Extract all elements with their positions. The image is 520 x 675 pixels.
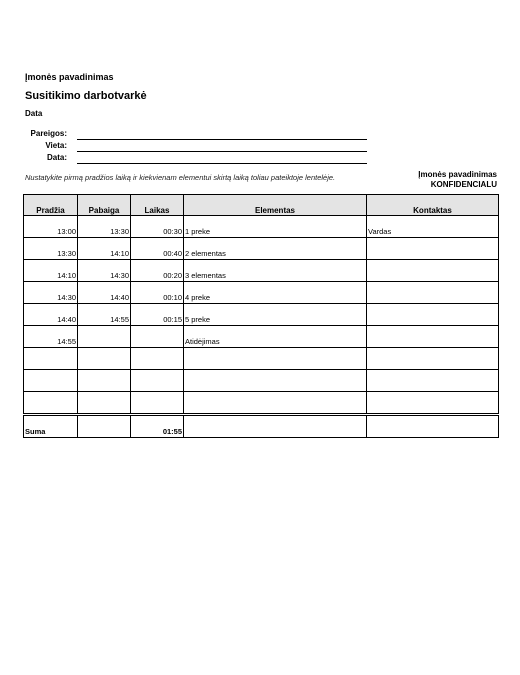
field-location-line[interactable] xyxy=(77,151,367,152)
table-row: 14:55Atidėjimas xyxy=(24,326,499,348)
field-date-line[interactable] xyxy=(77,163,367,164)
item-cell[interactable] xyxy=(184,348,367,370)
page-title: Susitikimo darbotvarkė xyxy=(25,90,147,102)
instructions: Nustatykite pirmą pradžios laiką ir kiek… xyxy=(25,173,335,182)
agenda-table: Pradžia Pabaiga Laikas Elementas Kontakt… xyxy=(23,194,499,438)
duration-cell[interactable] xyxy=(131,392,184,415)
start-cell[interactable] xyxy=(24,392,78,415)
end-cell[interactable]: 14:30 xyxy=(78,260,131,282)
duration-cell[interactable]: 00:30 xyxy=(131,216,184,238)
start-cell[interactable]: 14:10 xyxy=(24,260,78,282)
item-cell[interactable]: 1 preke xyxy=(184,216,367,238)
total-label: Suma xyxy=(24,415,78,438)
table-row xyxy=(24,392,499,415)
item-cell[interactable]: 3 elementas xyxy=(184,260,367,282)
start-cell[interactable] xyxy=(24,370,78,392)
item-cell[interactable]: 2 elementas xyxy=(184,238,367,260)
end-cell[interactable]: 14:10 xyxy=(78,238,131,260)
end-cell[interactable]: 13:30 xyxy=(78,216,131,238)
start-cell[interactable] xyxy=(24,348,78,370)
field-label-role: Pareigos: xyxy=(25,129,67,138)
table-row xyxy=(24,348,499,370)
field-role-line[interactable] xyxy=(77,139,367,140)
total-duration: 01:55 xyxy=(131,415,184,438)
total-contact xyxy=(367,415,499,438)
start-cell[interactable]: 14:55 xyxy=(24,326,78,348)
end-cell[interactable] xyxy=(78,326,131,348)
duration-cell[interactable] xyxy=(131,348,184,370)
start-cell[interactable]: 14:30 xyxy=(24,282,78,304)
end-cell[interactable]: 14:55 xyxy=(78,304,131,326)
table-header-row: Pradžia Pabaiga Laikas Elementas Kontakt… xyxy=(24,195,499,216)
contact-cell[interactable] xyxy=(367,238,499,260)
total-item xyxy=(184,415,367,438)
contact-cell[interactable] xyxy=(367,326,499,348)
table-row: 14:3014:4000:104 preke xyxy=(24,282,499,304)
table-row: 13:3014:1000:402 elementas xyxy=(24,238,499,260)
contact-cell[interactable] xyxy=(367,348,499,370)
start-cell[interactable]: 13:00 xyxy=(24,216,78,238)
contact-cell[interactable] xyxy=(367,304,499,326)
item-cell[interactable]: Atidėjimas xyxy=(184,326,367,348)
contact-cell[interactable] xyxy=(367,260,499,282)
contact-cell[interactable] xyxy=(367,282,499,304)
item-cell[interactable] xyxy=(184,392,367,415)
end-cell[interactable]: 14:40 xyxy=(78,282,131,304)
item-cell[interactable]: 5 preke xyxy=(184,304,367,326)
contact-cell[interactable]: Vardas xyxy=(367,216,499,238)
col-header-end: Pabaiga xyxy=(78,195,131,216)
table-row xyxy=(24,370,499,392)
table-row: 14:4014:5500:155 preke xyxy=(24,304,499,326)
contact-cell[interactable] xyxy=(367,370,499,392)
contact-cell[interactable] xyxy=(367,392,499,415)
duration-cell[interactable] xyxy=(131,326,184,348)
date-label: Data xyxy=(25,109,42,118)
table-row: 13:0013:3000:301 prekeVardas xyxy=(24,216,499,238)
col-header-contact: Kontaktas xyxy=(367,195,499,216)
field-label-date: Data: xyxy=(25,153,67,162)
start-cell[interactable]: 13:30 xyxy=(24,238,78,260)
table-row: 14:1014:3000:203 elementas xyxy=(24,260,499,282)
end-cell[interactable] xyxy=(78,370,131,392)
col-header-item: Elementas xyxy=(184,195,367,216)
item-cell[interactable]: 4 preke xyxy=(184,282,367,304)
duration-cell[interactable] xyxy=(131,370,184,392)
start-cell[interactable]: 14:40 xyxy=(24,304,78,326)
col-header-duration: Laikas xyxy=(131,195,184,216)
duration-cell[interactable]: 00:15 xyxy=(131,304,184,326)
total-row: Suma01:55 xyxy=(24,415,499,438)
right-company-name: Įmonės pavadinimas xyxy=(418,170,497,179)
end-cell[interactable] xyxy=(78,392,131,415)
duration-cell[interactable]: 00:40 xyxy=(131,238,184,260)
duration-cell[interactable]: 00:20 xyxy=(131,260,184,282)
col-header-start: Pradžia xyxy=(24,195,78,216)
item-cell[interactable] xyxy=(184,370,367,392)
duration-cell[interactable]: 00:10 xyxy=(131,282,184,304)
field-label-location: Vieta: xyxy=(25,141,67,150)
company-name: Įmonės pavadinimas xyxy=(25,72,114,82)
total-end xyxy=(78,415,131,438)
end-cell[interactable] xyxy=(78,348,131,370)
confidential-label: KONFIDENCIALU xyxy=(431,180,497,189)
